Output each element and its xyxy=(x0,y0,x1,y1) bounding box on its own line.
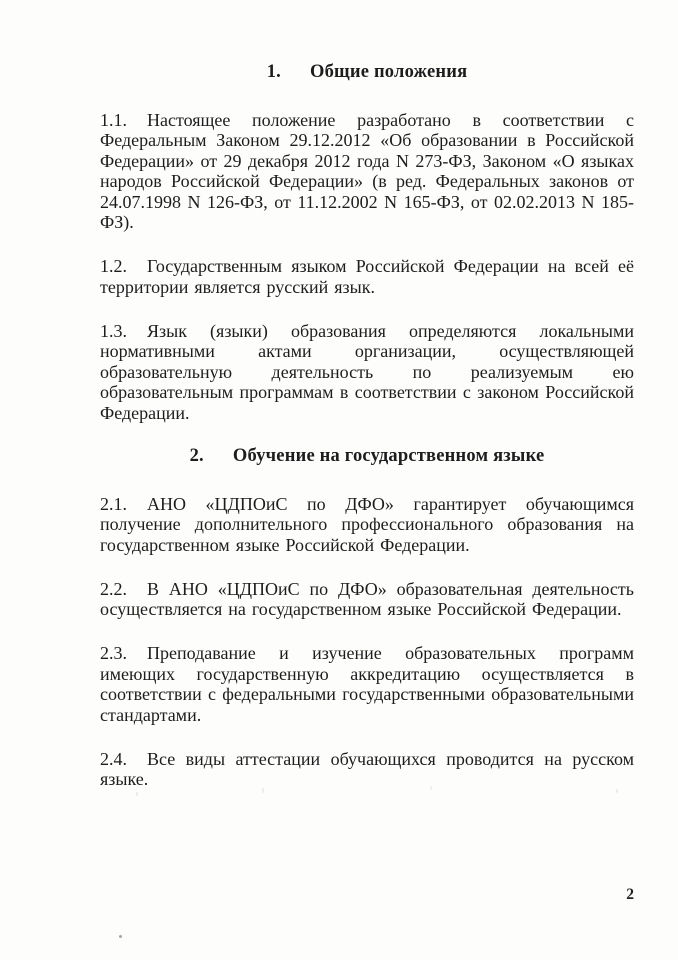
section-1-heading: 1.Общие положения xyxy=(100,62,634,83)
paragraph-2-4-number: 2.4. xyxy=(100,749,147,770)
section-2-title: Обучение на государственном языке xyxy=(233,446,545,466)
paragraph-1-2: 1.2.Государственным языком Российской Фе… xyxy=(100,256,634,297)
paragraph-2-3-number: 2.3. xyxy=(100,643,147,664)
paragraph-2-2-number: 2.2. xyxy=(100,579,147,600)
section-1-number: 1. xyxy=(267,62,281,83)
page-number: 2 xyxy=(626,886,634,904)
paragraph-1-3: 1.3.Язык (языки) образования определяютс… xyxy=(100,321,634,424)
section-1-title: Общие положения xyxy=(310,62,467,82)
paragraph-2-3: 2.3.Преподавание и изучение образователь… xyxy=(100,643,634,725)
paragraph-1-1: 1.1.Настоящее положение разработано в со… xyxy=(100,110,634,233)
scan-speck xyxy=(136,792,138,796)
scan-speck xyxy=(430,786,432,790)
paragraph-2-3-text: Преподавание и изучение образовательных … xyxy=(100,643,634,725)
paragraph-2-1: 2.1.АНО «ЦДПОиС по ДФО» гарантирует обуч… xyxy=(100,494,634,556)
paragraph-1-1-text: Настоящее положение разработано в соотве… xyxy=(100,110,634,233)
paragraph-2-4-text: Все виды аттестации обучающихся проводит… xyxy=(100,749,634,790)
paragraph-2-1-number: 2.1. xyxy=(100,494,147,515)
scan-speck xyxy=(119,935,122,938)
paragraph-1-1-number: 1.1. xyxy=(100,110,147,131)
section-2-heading: 2.Обучение на государственном языке xyxy=(100,446,634,467)
scan-speck xyxy=(616,789,618,793)
paragraph-1-3-number: 1.3. xyxy=(100,321,147,342)
paragraph-1-3-text: Язык (языки) образования определяются ло… xyxy=(100,321,634,423)
paragraph-1-2-text: Государственным языком Российской Федера… xyxy=(100,256,634,297)
paragraph-1-2-number: 1.2. xyxy=(100,256,147,277)
scan-speck xyxy=(262,788,264,793)
section-2-number: 2. xyxy=(190,446,204,467)
document-page: 1.Общие положения 1.1.Настоящее положени… xyxy=(0,0,678,960)
document-content: 1.Общие положения 1.1.Настоящее положени… xyxy=(100,62,634,790)
paragraph-2-4: 2.4.Все виды аттестации обучающихся пров… xyxy=(100,749,634,790)
paragraph-2-1-text: АНО «ЦДПОиС по ДФО» гарантирует обучающи… xyxy=(100,494,634,555)
paragraph-2-2: 2.2.В АНО «ЦДПОиС по ДФО» образовательна… xyxy=(100,579,634,620)
paragraph-2-2-text: В АНО «ЦДПОиС по ДФО» образовательная де… xyxy=(100,579,634,620)
